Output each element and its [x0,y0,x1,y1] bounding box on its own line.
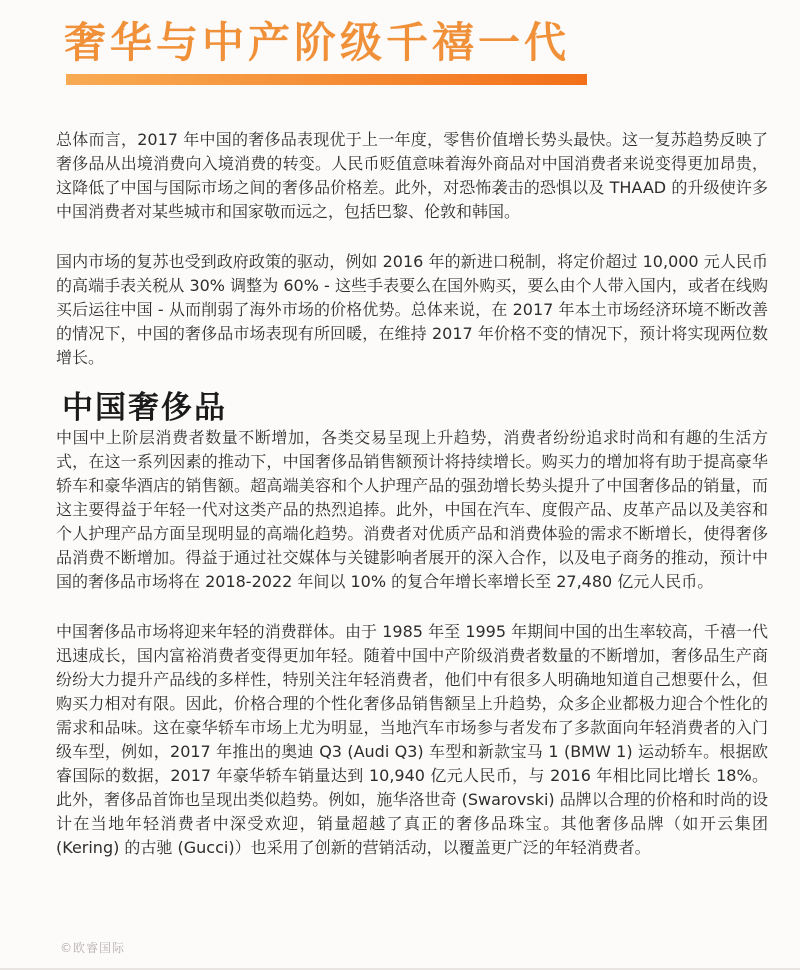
section-paragraph-2: 中国奢侈品市场将迎来年轻的消费群体。由于 1985 年至 1995 年期间中国的… [56,620,768,860]
document-page: 奢华与中产阶级千禧一代 总体而言，2017 年中国的奢侈品表现优于上一年度，零售… [0,0,800,970]
copyright-text: ©欧睿国际 [60,939,125,956]
title-underline-bar [66,74,587,85]
section-paragraph-1: 中国中上阶层消费者数量不断增加，各类交易呈现上升趋势，消费者纷纷追求时尚和有趣的… [56,426,768,594]
section-heading: 中国奢侈品 [62,396,768,420]
intro-paragraph-1: 总体而言，2017 年中国的奢侈品表现优于上一年度，零售价值增长势头最快。这一复… [56,128,768,224]
document-body: 总体而言，2017 年中国的奢侈品表现优于上一年度，零售价值增长势头最快。这一复… [56,128,768,886]
intro-paragraph-2: 国内市场的复苏也受到政府政策的驱动，例如 2016 年的新进口税制，将定价超过 … [56,250,768,370]
page-title: 奢华与中产阶级千禧一代 [64,10,570,70]
